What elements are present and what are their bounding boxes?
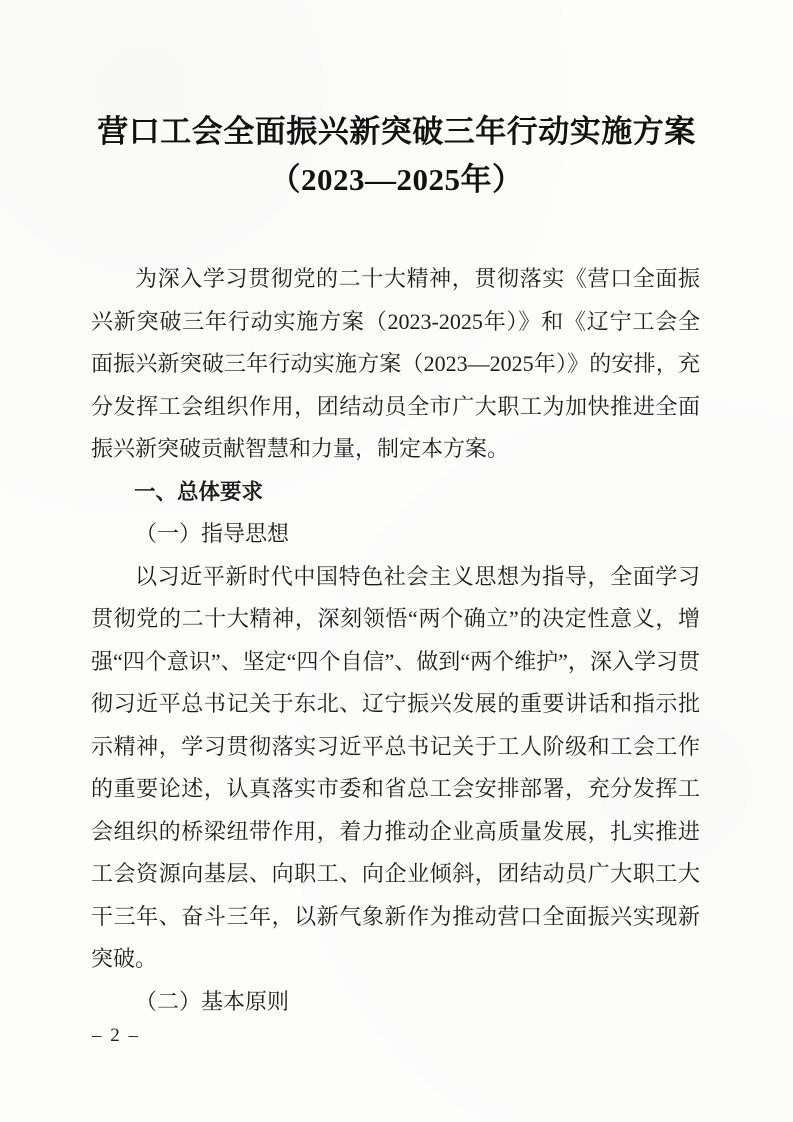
paragraph-intro: 为深入学习贯彻党的二十大精神，贯彻落实《营口全面振兴新突破三年行动实施方案（20… xyxy=(91,258,700,471)
document-title-line1: 营口工会全面振兴新突破三年行动实施方案 xyxy=(0,108,793,156)
document-title-line2: （2023—2025年） xyxy=(0,156,793,204)
heading-sub-1-1: （一）指导思想 xyxy=(91,513,700,556)
heading-sub-1-2: （二）基本原则 xyxy=(91,981,700,1024)
paragraph-guiding-thought: 以习近平新时代中国特色社会主义思想为指导，全面学习贯彻党的二十大精神，深刻领悟“… xyxy=(91,556,700,981)
document-page: 营口工会全面振兴新突破三年行动实施方案 （2023—2025年） 为深入学习贯彻… xyxy=(0,0,793,1122)
heading-section-1: 一、总体要求 xyxy=(91,471,700,514)
document-body: 为深入学习贯彻党的二十大精神，贯彻落实《营口全面振兴新突破三年行动实施方案（20… xyxy=(91,258,700,1023)
document-title: 营口工会全面振兴新突破三年行动实施方案 （2023—2025年） xyxy=(0,108,793,204)
page-number: – 2 – xyxy=(92,1024,140,1048)
